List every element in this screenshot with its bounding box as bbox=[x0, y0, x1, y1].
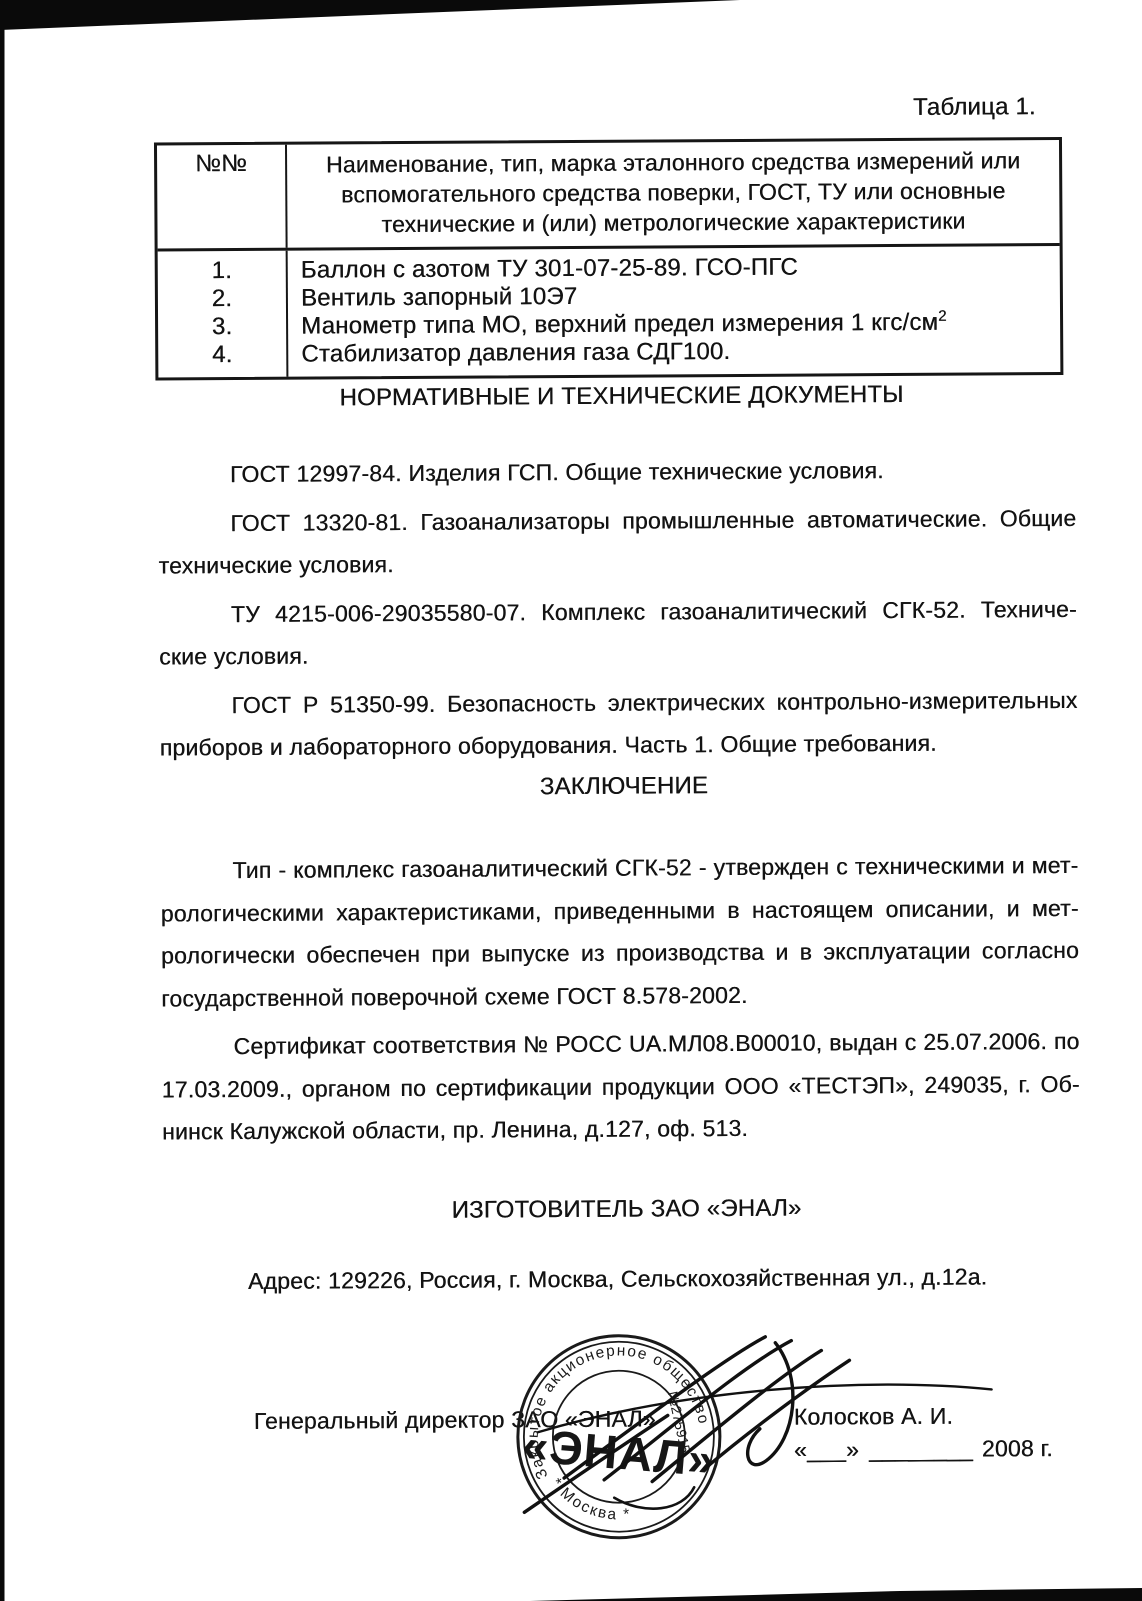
table-row-number: 1. bbox=[158, 257, 286, 286]
conclusion-paragraphs: Тип - комплекс газоаналитический СГК-52 … bbox=[160, 844, 1080, 1159]
paragraph-line: технические условия. bbox=[158, 539, 1076, 587]
paragraph-line: государственной поверочной схеме ГОСТ 8.… bbox=[161, 971, 1079, 1019]
scanned-document-page: Таблица 1. №№ Наименование, тип, марка э… bbox=[0, 0, 1142, 1601]
paragraph-line: приборов и лабораторного оборудования. Ч… bbox=[160, 721, 1078, 769]
equipment-table: №№ Наименование, тип, марка эталонного с… bbox=[154, 137, 1063, 381]
table-header-number-col: №№ bbox=[157, 145, 288, 249]
normative-docs-paragraphs: ГОСТ 12997-84. Изделия ГСП. Общие технич… bbox=[158, 448, 1078, 775]
table-body: 1.2.3.4. Баллон с азотом ТУ 301-07-25-89… bbox=[158, 246, 1061, 378]
stamp-and-signature: Закрытое акционерное общество * Москва *… bbox=[443, 1297, 1025, 1561]
paragraph-line: 17.03.2009., органом по сертификации про… bbox=[162, 1062, 1080, 1110]
paragraph-line: ские условия. bbox=[159, 630, 1077, 678]
paragraph-line: рологическими характеристиками, приведен… bbox=[161, 886, 1079, 934]
paragraph-line: ГОСТ 12997-84. Изделия ГСП. Общие технич… bbox=[158, 448, 1076, 496]
table-number-column: 1.2.3.4. bbox=[158, 251, 289, 378]
table-row-number: 3. bbox=[158, 313, 286, 342]
table-caption: Таблица 1. bbox=[154, 93, 1036, 126]
section-heading-normative-docs: НОРМАТИВНЫЕ И ТЕХНИЧЕСКИЕ ДОКУМЕНТЫ bbox=[167, 380, 1075, 414]
paragraph: ТУ 4215-006-29035580-07. Комплекс газоан… bbox=[159, 587, 1078, 678]
table-header-row: №№ Наименование, тип, марка эталонного с… bbox=[157, 140, 1060, 252]
paragraph-line: ТУ 4215-006-29035580-07. Комплекс газоан… bbox=[159, 587, 1077, 635]
section-heading-conclusion: ЗАКЛЮЧЕНИЕ bbox=[170, 770, 1078, 804]
manufacturer-address: Адрес: 129226, Россия, г. Москва, Сельск… bbox=[163, 1255, 1123, 1304]
paragraph-line: нинск Калужской области, пр. Ленина, д.1… bbox=[162, 1105, 1080, 1153]
paragraph-line: рологически обеспечен при выпуске из про… bbox=[161, 929, 1079, 977]
paragraph-line: ГОСТ 13320-81. Газоанализаторы промышлен… bbox=[158, 496, 1076, 544]
paragraph: ГОСТ Р 51350-99. Безопасность электричес… bbox=[159, 678, 1078, 769]
document-content: Таблица 1. №№ Наименование, тип, марка э… bbox=[0, 0, 1142, 1601]
table-header-line: Наименование, тип, марка эталонного сред… bbox=[293, 145, 1053, 180]
section-heading-manufacturer: ИЗГОТОВИТЕЛЬ ЗАО «ЭНАЛ» bbox=[172, 1193, 1080, 1227]
paragraph: ГОСТ 12997-84. Изделия ГСП. Общие технич… bbox=[158, 448, 1076, 496]
paragraph-line: Сертификат соответствия № РОСС UA.МЛ08.В… bbox=[161, 1020, 1079, 1068]
paragraph-line: ГОСТ Р 51350-99. Безопасность электричес… bbox=[159, 678, 1077, 726]
paragraph: Тип - комплекс газоаналитический СГК-52 … bbox=[160, 844, 1079, 1020]
table-header-line: вспомогательного средства поверки, ГОСТ,… bbox=[293, 175, 1053, 210]
paragraph-line: Тип - комплекс газоаналитический СГК-52 … bbox=[160, 844, 1078, 892]
paragraph: Сертификат соответствия № РОСС UA.МЛ08.В… bbox=[161, 1020, 1080, 1153]
table-row-number: 2. bbox=[158, 285, 286, 314]
table-text-column: Баллон с азотом ТУ 301-07-25-89. ГСО-ПГС… bbox=[288, 246, 1061, 377]
table-row-number: 4. bbox=[158, 341, 286, 370]
table-row-text: Стабилизатор давления газа СДГ100. bbox=[301, 336, 1060, 369]
table-header-description-col: Наименование, тип, марка эталонного сред… bbox=[287, 140, 1060, 248]
paragraph: ГОСТ 13320-81. Газоанализаторы промышлен… bbox=[158, 496, 1077, 587]
table-row-text: Манометр типа МО, верхний предел измерен… bbox=[301, 308, 1060, 341]
table-header-line: технические и (или) метрологические хара… bbox=[293, 205, 1053, 240]
